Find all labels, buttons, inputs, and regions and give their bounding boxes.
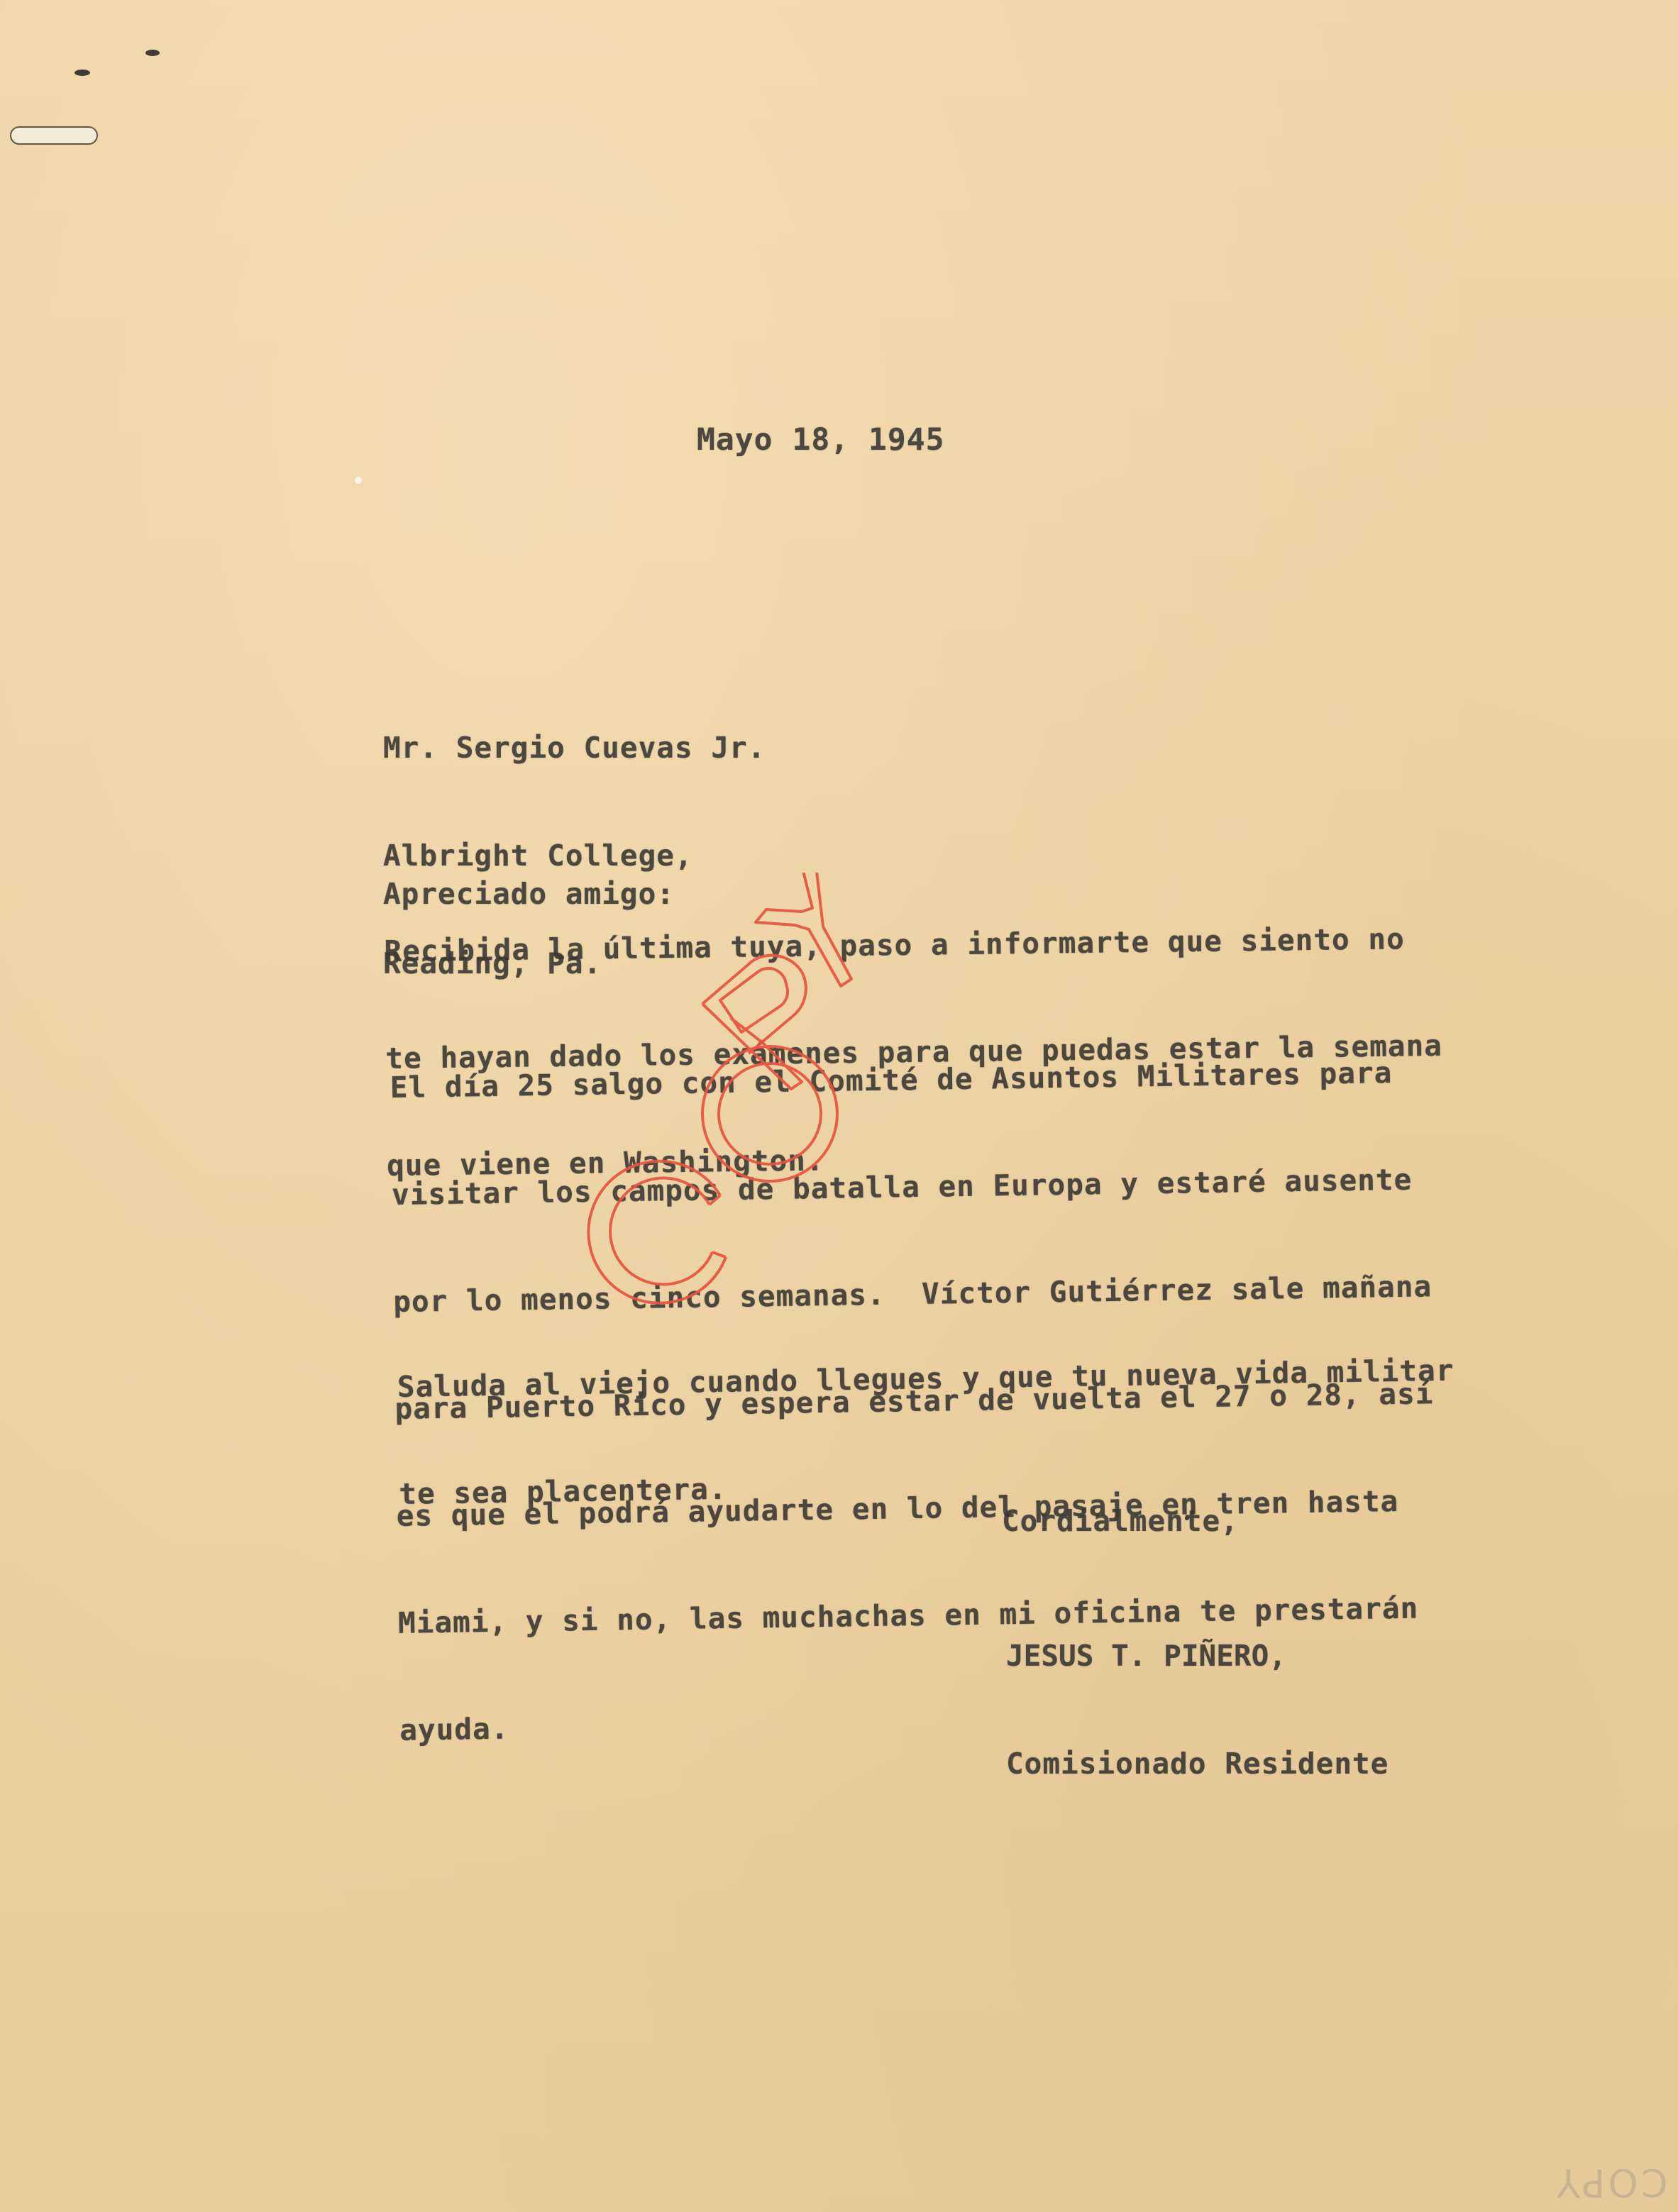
body-line: El día 25 salgo con el Comité de Asuntos… xyxy=(390,1053,1429,1107)
date-text: Mayo 18, 1945 xyxy=(697,420,945,460)
body-line: Saluda al viejo cuando llegues y que tu … xyxy=(397,1351,1455,1407)
body-line: te sea placentera. xyxy=(399,1459,1456,1514)
body-line: Recibida la última tuya, paso a informar… xyxy=(384,919,1441,971)
ink-speck xyxy=(145,50,160,56)
signer-title: Comisionado Residente xyxy=(1006,1744,1389,1784)
body-paragraph-3: Saluda al viejo cuando llegues y que tu … xyxy=(396,1283,1457,1548)
faint-copy-mark: COPY xyxy=(1554,2160,1668,2205)
signature-block: JESUS T. PIÑERO, Comisionado Residente xyxy=(1006,1568,1389,1818)
paper-speck xyxy=(355,477,362,484)
ink-speck xyxy=(74,70,90,76)
body-line: visitar los campos de batalla en Europa … xyxy=(392,1160,1431,1215)
letter-date: Mayo 18, 1945 xyxy=(697,349,945,495)
closing: Cordialmente, xyxy=(1002,1433,1239,1575)
closing-text: Cordialmente, xyxy=(1002,1501,1239,1541)
addressee-name: Mr. Sergio Cuevas Jr. xyxy=(383,728,766,768)
signer-name: JESUS T. PIÑERO, xyxy=(1006,1636,1389,1676)
paper-damage-hole xyxy=(10,126,98,145)
